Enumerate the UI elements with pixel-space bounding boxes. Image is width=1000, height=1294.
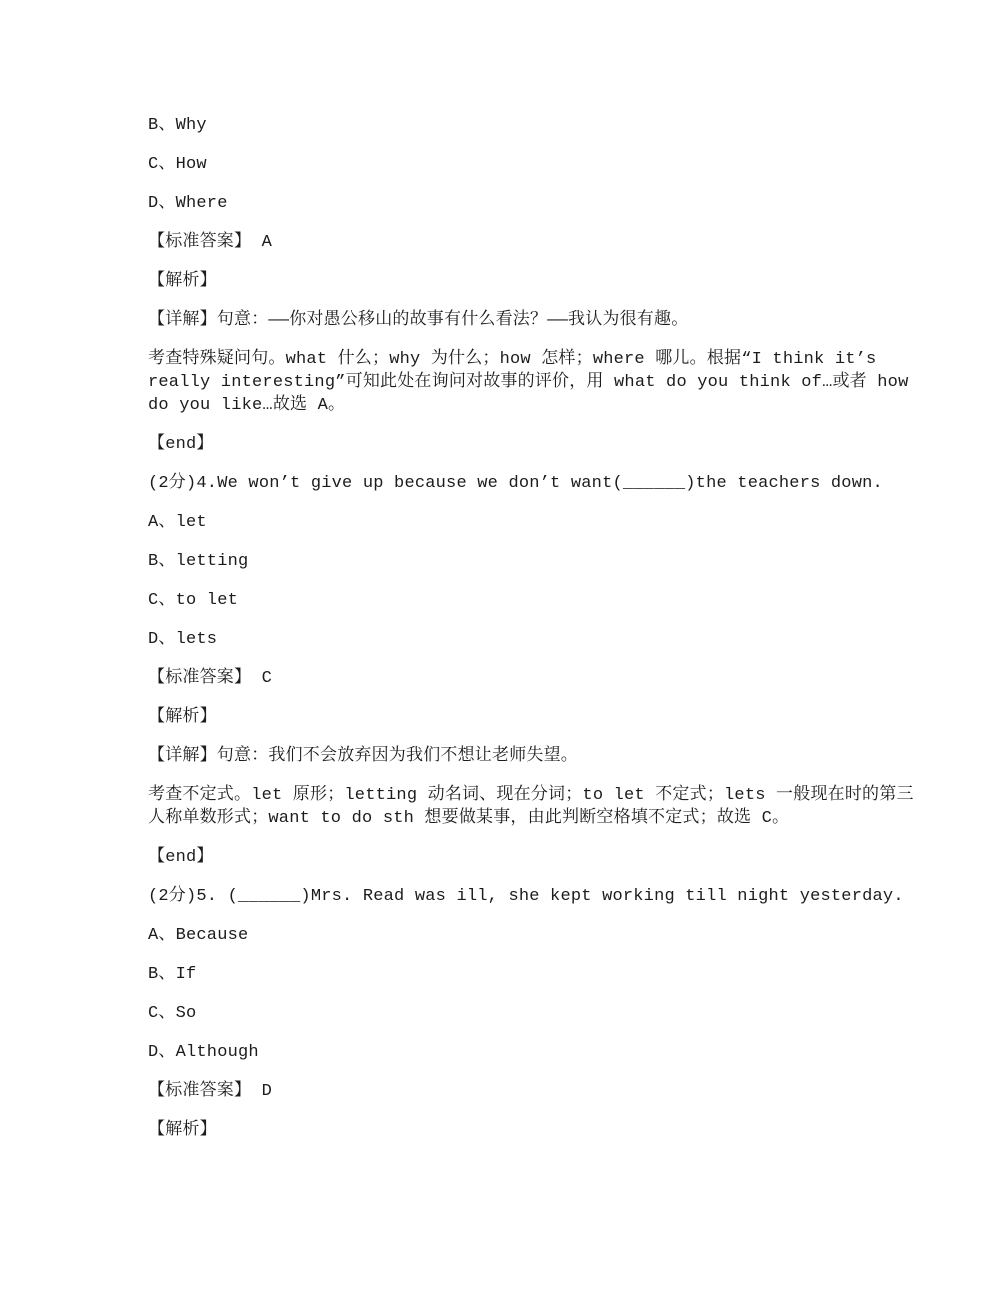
- question-3-block: B、Why C、How D、Where 【标准答案】 A 【解析】 【详解】句意…: [148, 114, 880, 456]
- question-5-block: (2分)5. (______)Mrs. Read was ill, she ke…: [148, 885, 880, 1142]
- q5-stem: (2分)5. (______)Mrs. Read was ill, she ke…: [148, 885, 880, 908]
- q3-option-c: C、How: [148, 153, 880, 176]
- q5-option-c: C、So: [148, 1002, 880, 1025]
- q4-standard-answer: 【标准答案】 C: [148, 667, 880, 690]
- q3-analysis-label: 【解析】: [148, 270, 880, 293]
- q3-explanation-line-2: really interesting”可知此处在询问对故事的评价，用 what …: [148, 371, 880, 394]
- q3-end-marker: 【end】: [148, 433, 880, 456]
- q4-option-b: B、letting: [148, 550, 880, 573]
- q4-explanation-line-1: 考查不定式。let 原形；letting 动名词、现在分词；to let 不定式…: [148, 784, 880, 807]
- q5-standard-answer: 【标准答案】 D: [148, 1080, 880, 1103]
- q4-option-c: C、to let: [148, 589, 880, 612]
- q5-analysis-label: 【解析】: [148, 1119, 880, 1142]
- q3-option-b: B、Why: [148, 114, 880, 137]
- q4-option-d: D、lets: [148, 628, 880, 651]
- q3-option-d: D、Where: [148, 192, 880, 215]
- q5-option-b: B、If: [148, 963, 880, 986]
- q4-option-a: A、let: [148, 511, 880, 534]
- q4-explanation-line-2: 人称单数形式；want to do sth 想要做某事，由此判断空格填不定式；故…: [148, 807, 880, 830]
- document-page: B、Why C、How D、Where 【标准答案】 A 【解析】 【详解】句意…: [0, 0, 1000, 1294]
- q5-option-a: A、Because: [148, 924, 880, 947]
- q5-option-d: D、Although: [148, 1041, 880, 1064]
- q3-explanation-line-3: do you like…故选 A。: [148, 394, 880, 417]
- q3-explanation-line-1: 考查特殊疑问句。what 什么；why 为什么；how 怎样；where 哪儿。…: [148, 348, 880, 371]
- question-4-block: (2分)4.We won’t give up because we don’t …: [148, 472, 880, 869]
- q4-stem: (2分)4.We won’t give up because we don’t …: [148, 472, 880, 495]
- q4-detail-explanation: 【详解】句意：我们不会放弃因为我们不想让老师失望。: [148, 745, 880, 768]
- q3-standard-answer: 【标准答案】 A: [148, 231, 880, 254]
- q4-end-marker: 【end】: [148, 846, 880, 869]
- q3-detail-explanation: 【详解】句意：——你对愚公移山的故事有什么看法？——我认为很有趣。: [148, 309, 880, 332]
- q4-analysis-label: 【解析】: [148, 706, 880, 729]
